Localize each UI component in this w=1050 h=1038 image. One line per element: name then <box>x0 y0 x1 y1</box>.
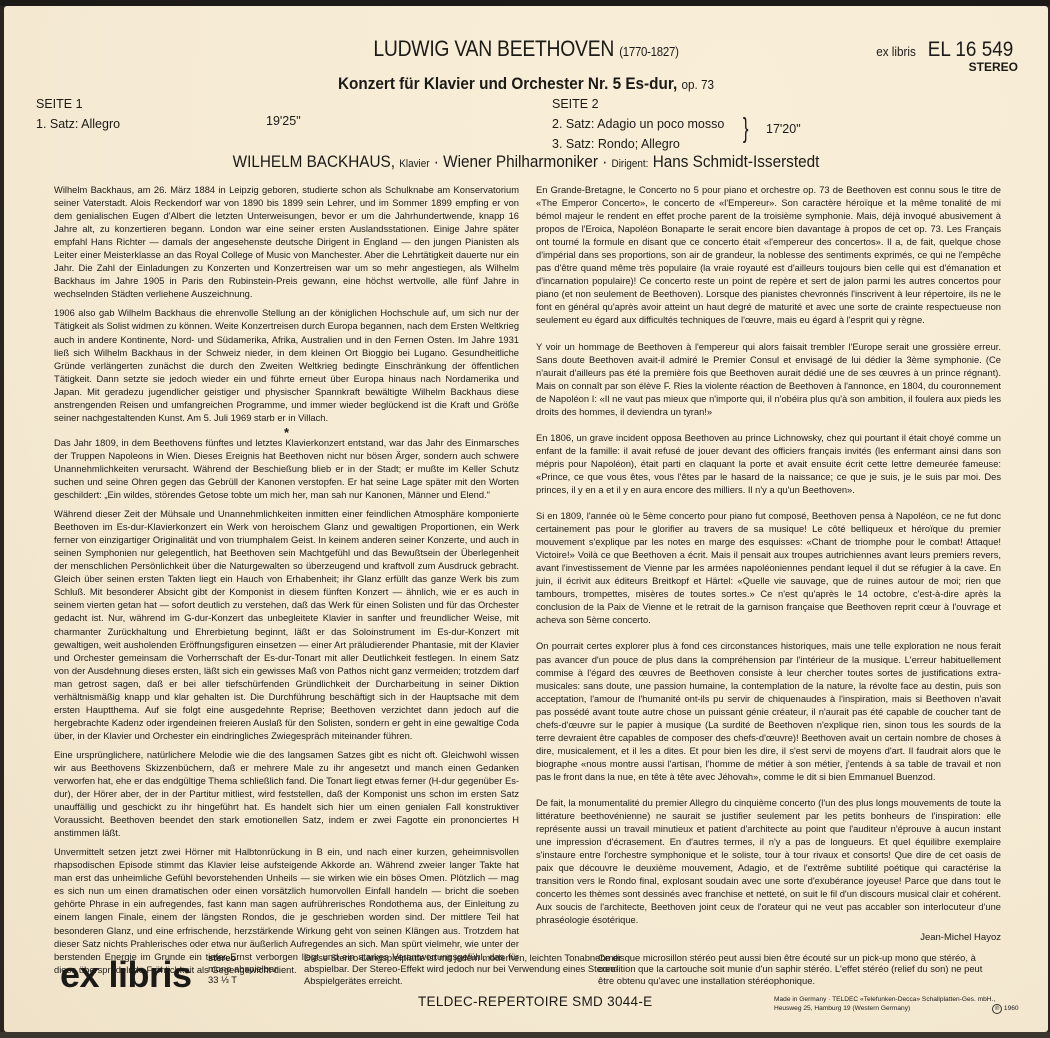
label-name: ex libris <box>877 44 917 59</box>
spec-speed: 33 ⅓ T <box>208 974 277 985</box>
paragraph: On pourrait certes explorer plus à fond … <box>536 640 1001 784</box>
soloist-role: Klavier <box>399 158 429 170</box>
paragraph: Si en 1809, l'année où le 5ème concerto … <box>536 510 1001 627</box>
side-1-duration: 19'25" <box>266 114 301 128</box>
conductor-label: Dirigent: <box>612 158 649 170</box>
composer-heading: LUDWIG VAN BEETHOVEN (1770-1827) <box>67 36 986 62</box>
track-2: 2. Satz: Adagio un poco mosso <box>552 114 724 134</box>
author-signature: Jean-Michel Hayoz <box>536 931 1001 944</box>
repertoire-number: TELDEC-REPERTOIRE SMD 3044-E <box>418 994 652 1009</box>
side-2-label: SEITE 2 <box>552 94 724 114</box>
publisher-imprint: Made in Germany · TELDEC «Telefunken-Dec… <box>774 995 1024 1014</box>
work-title: Konzert für Klavier und Orchester Nr. 5 … <box>56 74 996 94</box>
side-2-duration: 17'20" <box>766 122 801 136</box>
paragraph: En Grande-Bretagne, le Concerto no 5 pou… <box>536 184 1001 328</box>
record-sleeve-back: LUDWIG VAN BEETHOVEN (1770-1827) ex libr… <box>4 6 1048 1032</box>
paragraph: De fait, la monumentalité du premier All… <box>536 797 1001 927</box>
performers-line: WILHELM BACKHAUS, Klavier · Wiener Philh… <box>56 152 996 172</box>
spec-stereo: stereo <box>208 952 277 963</box>
composer-dates: (1770-1827) <box>619 44 678 59</box>
format-badge: STEREO <box>874 60 1018 74</box>
side-1-label: SEITE 1 <box>36 94 120 114</box>
brace-icon: } <box>743 110 749 146</box>
opus-number: op. 73 <box>681 77 714 92</box>
paragraph: 1906 also gab Wilhelm Backhaus die ehren… <box>54 307 519 424</box>
paragraph: Das Jahr 1809, in dem Beethovens fünftes… <box>54 437 519 502</box>
work-title-text: Konzert für Klavier und Orchester Nr. 5 … <box>338 74 677 93</box>
copyright-year: 1960 <box>1004 1005 1019 1012</box>
composer-name: LUDWIG VAN BEETHOVEN <box>373 36 614 61</box>
paragraph: Y voir un hommage de Beethoven à l'emper… <box>536 341 1001 419</box>
paragraph: Während dieser Zeit der Mühsale und Unan… <box>54 508 519 743</box>
separator-dot: · <box>434 152 439 171</box>
playback-specs: stereo mono abspielbar 33 ⅓ T <box>208 952 277 985</box>
side-2: SEITE 2 2. Satz: Adagio un poco mosso 3.… <box>552 94 724 154</box>
track-3: 3. Satz: Rondo; Allegro <box>552 134 724 154</box>
imprint-line-2: Heusweg 25, Hamburg 19 (Western Germany) <box>774 1005 910 1012</box>
stereo-note-german: Diese Stereo-Langspielplatte ist mit jed… <box>304 952 624 986</box>
orchestra: Wiener Philharmoniker <box>443 152 598 171</box>
stereo-note-french: Ce disque microsillon stéréo peut aussi … <box>598 952 988 986</box>
spec-mono: mono abspielbar <box>208 963 277 974</box>
catalog-block: ex libris EL 16 549 STEREO <box>874 38 1018 74</box>
catalog-number: EL 16 549 <box>928 38 1013 62</box>
paragraph: En 1806, un grave incident opposa Beetho… <box>536 432 1001 497</box>
conductor: Hans Schmidt-Isserstedt <box>653 152 820 171</box>
separator-dot: · <box>602 152 607 171</box>
liner-notes-french: En Grande-Bretagne, le Concerto no 5 pou… <box>536 184 1001 957</box>
phonogram-icon: ℗ <box>992 1004 1002 1014</box>
liner-notes-german: Wilhelm Backhaus, am 26. März 1884 in Le… <box>54 184 519 983</box>
ex-libris-logo: ex libris <box>60 954 192 996</box>
asterisk-separator: * <box>54 429 519 437</box>
imprint-line-1: Made in Germany · TELDEC «Telefunken-Dec… <box>774 995 1024 1004</box>
paragraph: Wilhelm Backhaus, am 26. März 1884 in Le… <box>54 184 519 301</box>
side-1: SEITE 1 1. Satz: Allegro <box>36 94 120 134</box>
track-1: 1. Satz: Allegro <box>36 114 120 134</box>
soloist: WILHELM BACKHAUS, <box>233 152 395 171</box>
sleeve-bottom-edge <box>0 1032 1050 1038</box>
paragraph: Eine ursprünglichere, natürlichere Melod… <box>54 749 519 840</box>
